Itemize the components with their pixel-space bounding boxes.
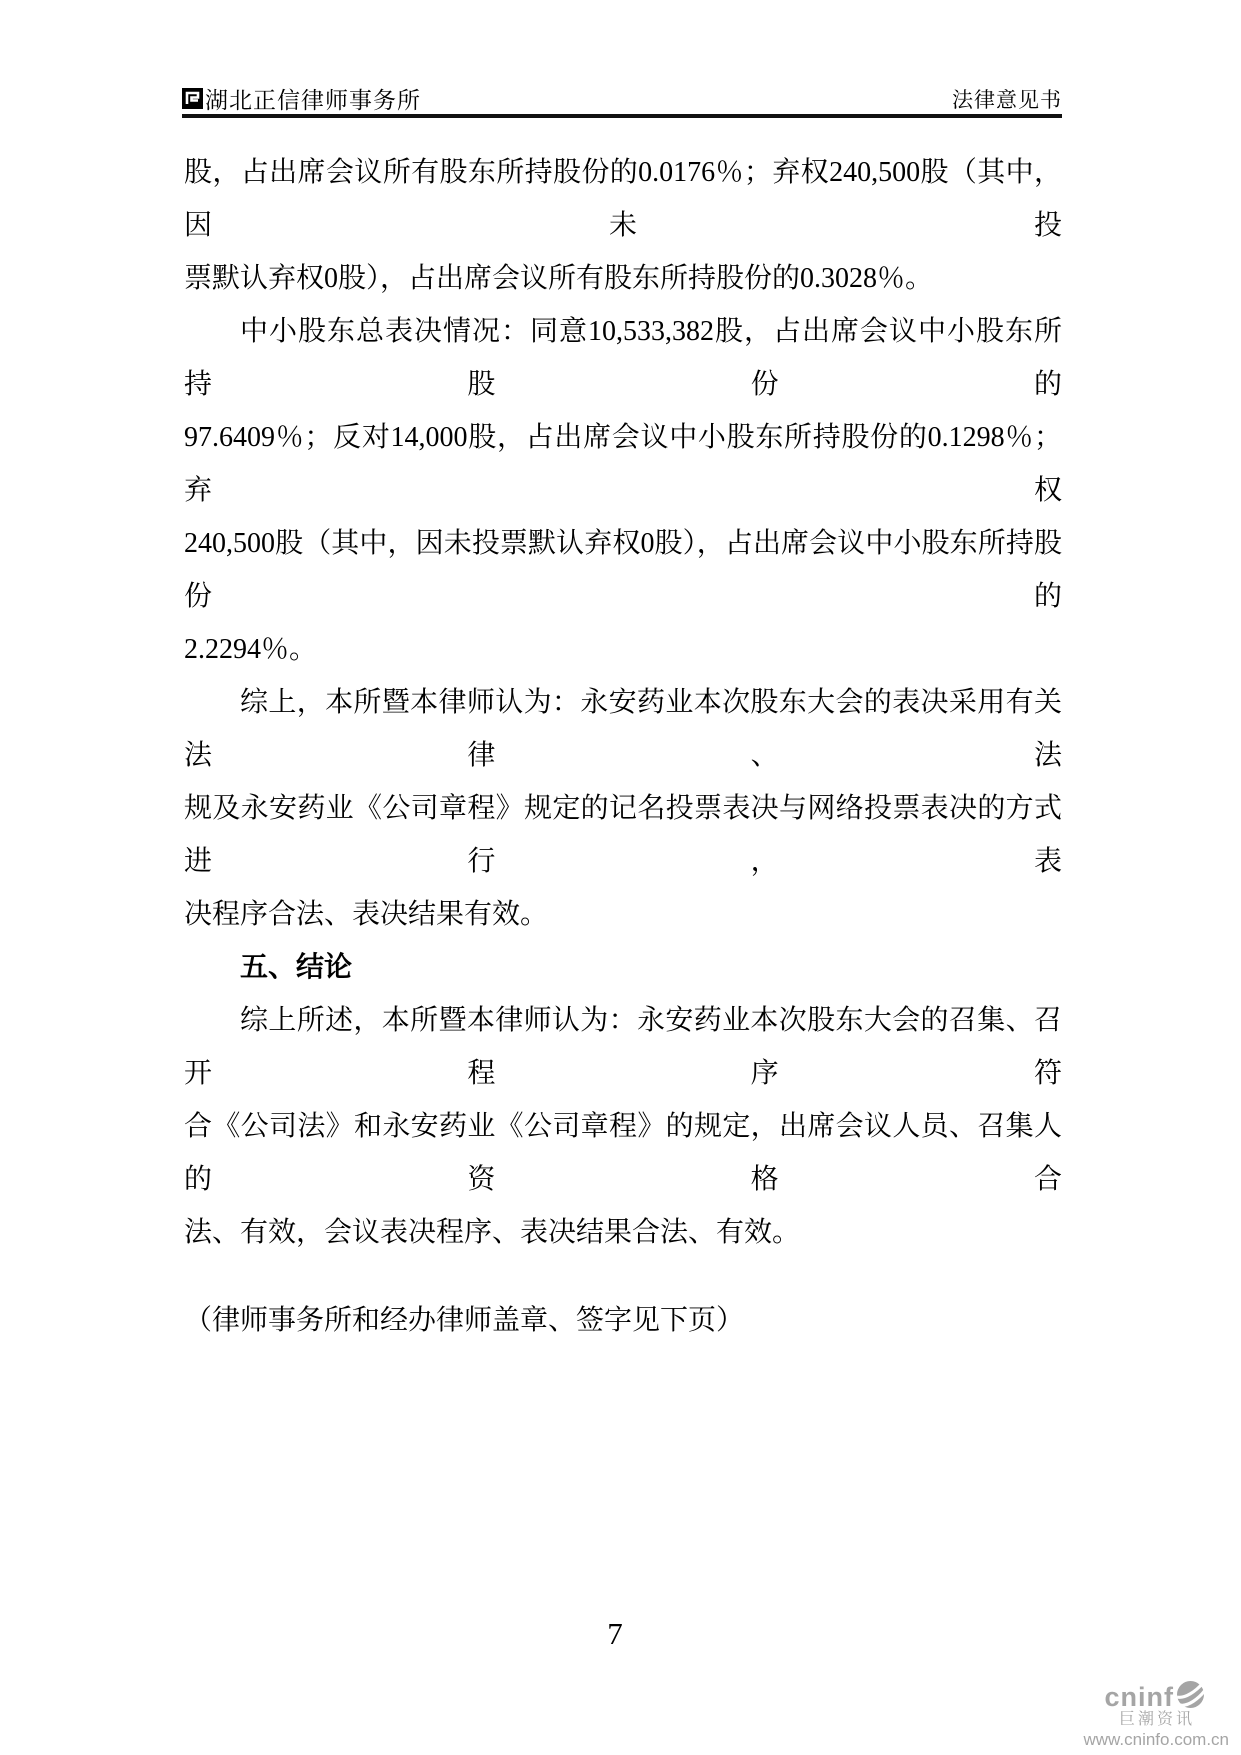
paragraph-minority-shareholder-vote: 中小股东总表决情况：同意10,533,382股，占出席会议中小股东所持股份的97… (184, 305, 1062, 676)
text-line: 中小股东总表决情况：同意10,533,382股，占出席会议中小股东所持股份的 (184, 305, 1062, 411)
heading-conclusion: 五、结论 (184, 941, 1062, 994)
cninfo-wordmark-row: cninf (1105, 1683, 1206, 1711)
paragraph-total-vote-continuation: 股，占出席会议所有股东所持股份的0.0176％；弃权240,500股（其中，因未… (184, 146, 1062, 305)
cninfo-wordmark: cninf (1105, 1683, 1175, 1711)
paragraph-signature-note: （律师事务所和经办律师盖章、签字见下页） (184, 1294, 1062, 1347)
cninfo-globe-icon (1176, 1680, 1205, 1709)
page-number: 7 (0, 1616, 1230, 1652)
text-line: 综上所述，本所暨本律师认为：永安药业本次股东大会的召集、召开程序符 (184, 994, 1062, 1100)
doc-type-label: 法律意见书 (952, 84, 1062, 114)
cninfo-chinese-name: 巨潮资讯 (1119, 1711, 1195, 1729)
paragraph-voting-validity-opinion: 综上，本所暨本律师认为：永安药业本次股东大会的表决采用有关法律、法规及永安药业《… (184, 676, 1062, 941)
text-line: 240,500股（其中，因未投票默认弃权0股），占出席会议中小股东所持股份的 (184, 517, 1062, 623)
text-line: （律师事务所和经办律师盖章、签字见下页） (184, 1294, 1062, 1347)
paragraph-final-conclusion: 综上所述，本所暨本律师认为：永安药业本次股东大会的召集、召开程序符合《公司法》和… (184, 994, 1062, 1259)
cninfo-url: www.cninfo.com.cn (1084, 1730, 1230, 1749)
text-line: 股，占出席会议所有股东所持股份的0.0176％；弃权240,500股（其中，因未… (184, 146, 1062, 252)
text-line: 2.2294％。 (184, 623, 1062, 676)
text-line: 五、结论 (184, 941, 1062, 994)
text-line: 法、有效，会议表决程序、表决结果合法、有效。 (184, 1206, 1062, 1259)
document-body: 股，占出席会议所有股东所持股份的0.0176％；弃权240,500股（其中，因未… (184, 146, 1062, 1347)
text-line: 票默认弃权0股），占出席会议所有股东所持股份的0.3028％。 (184, 252, 1062, 305)
firm-name: 湖北正信律师事务所 (205, 82, 421, 115)
firm-logo-icon (182, 88, 203, 109)
cninfo-watermark: cninf 巨潮资讯 www.cninfo.com.cn (1084, 1683, 1230, 1749)
firm-name-block: 湖北正信律师事务所 (182, 82, 421, 115)
text-line: 决程序合法、表决结果有效。 (184, 888, 1062, 941)
header-rule (182, 114, 1062, 118)
document-page: 湖北正信律师事务所 法律意见书 股，占出席会议所有股东所持股份的0.0176％；… (0, 0, 1241, 1755)
text-line: 97.6409％；反对14,000股，占出席会议中小股东所持股份的0.1298％… (184, 411, 1062, 517)
text-line: 合《公司法》和永安药业《公司章程》的规定，出席会议人员、召集人的资格合 (184, 1100, 1062, 1206)
text-line: 综上，本所暨本律师认为：永安药业本次股东大会的表决采用有关法律、法 (184, 676, 1062, 782)
page-header: 湖北正信律师事务所 法律意见书 (182, 82, 1062, 115)
text-line: 规及永安药业《公司章程》规定的记名投票表决与网络投票表决的方式进行，表 (184, 782, 1062, 888)
